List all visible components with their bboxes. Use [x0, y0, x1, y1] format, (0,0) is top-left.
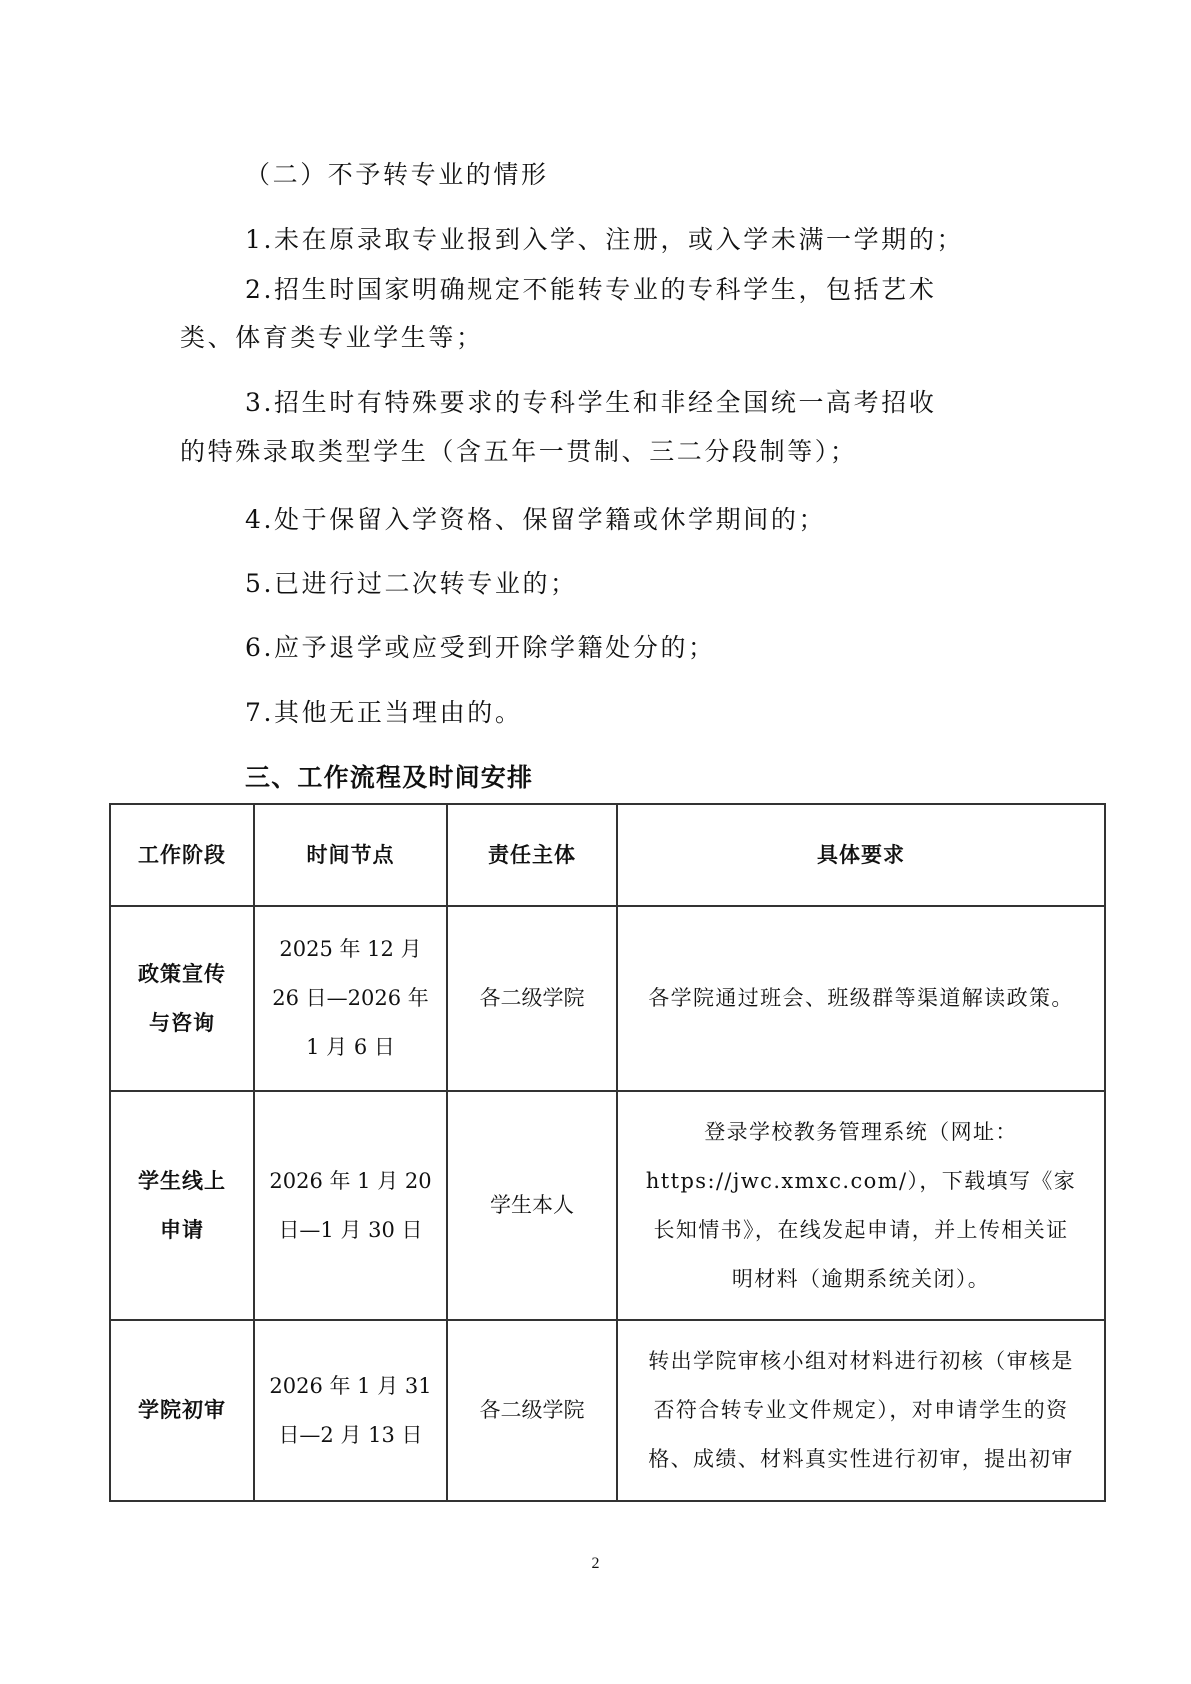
list-item-3: 3.招生时有特殊要求的专科学生和非经全国统一高考招收 — [245, 388, 936, 418]
list-item-6: 6.应予退学或应受到开除学籍处分的； — [245, 633, 716, 663]
requirement-line: 各学院通过班会、班级群等渠道解读政策。 — [636, 974, 1086, 1023]
requirement-line: 明材料（逾期系统关闭）。 — [636, 1255, 1086, 1304]
requirement-line: https://jwc.xmxc.com/），下载填写《家 — [636, 1157, 1086, 1206]
stage-line: 申请 — [111, 1206, 253, 1255]
list-item-3-continuation: 的特殊录取类型学生（含五年一贯制、三二分段制等）； — [180, 437, 858, 467]
cell-owner: 学生本人 — [447, 1091, 617, 1320]
cell-requirement: 各学院通过班会、班级群等渠道解读政策。 — [617, 906, 1105, 1091]
cell-stage: 政策宣传 与咨询 — [110, 906, 254, 1091]
stage-line: 学院初审 — [111, 1386, 253, 1435]
requirement-line: 登录学校教务管理系统（网址： — [636, 1108, 1086, 1157]
list-item-5: 5.已进行过二次转专业的； — [245, 569, 578, 599]
time-line: 2026 年 1 月 20 — [255, 1157, 446, 1206]
time-line: 1 月 6 日 — [255, 1023, 446, 1072]
list-item-4: 4.处于保留入学资格、保留学籍或休学期间的； — [245, 505, 826, 535]
cell-stage: 学生线上 申请 — [110, 1091, 254, 1320]
cell-requirement: 转出学院审核小组对材料进行初核（审核是 否符合转专业文件规定），对申请学生的资 … — [617, 1320, 1105, 1501]
list-item-1: 1.未在原录取专业报到入学、注册，或入学未满一学期的； — [245, 225, 964, 255]
cell-requirement: 登录学校教务管理系统（网址： https://jwc.xmxc.com/），下载… — [617, 1091, 1105, 1320]
time-line: 日—1 月 30 日 — [255, 1206, 446, 1255]
table-header-row: 工作阶段 时间节点 责任主体 具体要求 — [110, 804, 1105, 906]
stage-line: 学生线上 — [111, 1157, 253, 1206]
header-time: 时间节点 — [254, 804, 447, 906]
requirement-line: 转出学院审核小组对材料进行初核（审核是 — [636, 1337, 1086, 1386]
table-row: 学生线上 申请 2026 年 1 月 20 日—1 月 30 日 学生本人 登录… — [110, 1091, 1105, 1320]
list-item-7: 7.其他无正当理由的。 — [245, 698, 522, 728]
cell-owner: 各二级学院 — [447, 906, 617, 1091]
time-line: 2025 年 12 月 — [255, 925, 446, 974]
header-owner: 责任主体 — [447, 804, 617, 906]
header-stage: 工作阶段 — [110, 804, 254, 906]
table-row: 政策宣传 与咨询 2025 年 12 月 26 日—2026 年 1 月 6 日… — [110, 906, 1105, 1091]
list-item-2: 2.招生时国家明确规定不能转专业的专科学生，包括艺术 — [245, 275, 936, 305]
cell-time: 2026 年 1 月 31 日—2 月 13 日 — [254, 1320, 447, 1501]
cell-time: 2026 年 1 月 20 日—1 月 30 日 — [254, 1091, 447, 1320]
workflow-schedule-table: 工作阶段 时间节点 责任主体 具体要求 政策宣传 与咨询 2025 年 12 月… — [109, 803, 1106, 1502]
time-line: 2026 年 1 月 31 — [255, 1362, 446, 1411]
time-line: 日—2 月 13 日 — [255, 1411, 446, 1460]
cell-stage: 学院初审 — [110, 1320, 254, 1501]
stage-line: 政策宣传 — [111, 950, 253, 999]
stage-line: 与咨询 — [111, 999, 253, 1048]
cell-owner: 各二级学院 — [447, 1320, 617, 1501]
subsection-heading: （二）不予转专业的情形 — [245, 160, 549, 190]
cell-time: 2025 年 12 月 26 日—2026 年 1 月 6 日 — [254, 906, 447, 1091]
header-requirement: 具体要求 — [617, 804, 1105, 906]
page-number: 2 — [0, 1555, 1191, 1573]
table-row: 学院初审 2026 年 1 月 31 日—2 月 13 日 各二级学院 转出学院… — [110, 1320, 1105, 1501]
list-item-2-continuation: 类、体育类专业学生等； — [180, 323, 484, 353]
time-line: 26 日—2026 年 — [255, 974, 446, 1023]
requirement-line: 否符合转专业文件规定），对申请学生的资 — [636, 1386, 1086, 1435]
requirement-line: 长知情书》，在线发起申请，并上传相关证 — [636, 1206, 1086, 1255]
requirement-line: 格、成绩、材料真实性进行初审，提出初审 — [636, 1435, 1086, 1484]
section-heading: 三、工作流程及时间安排 — [245, 763, 533, 793]
